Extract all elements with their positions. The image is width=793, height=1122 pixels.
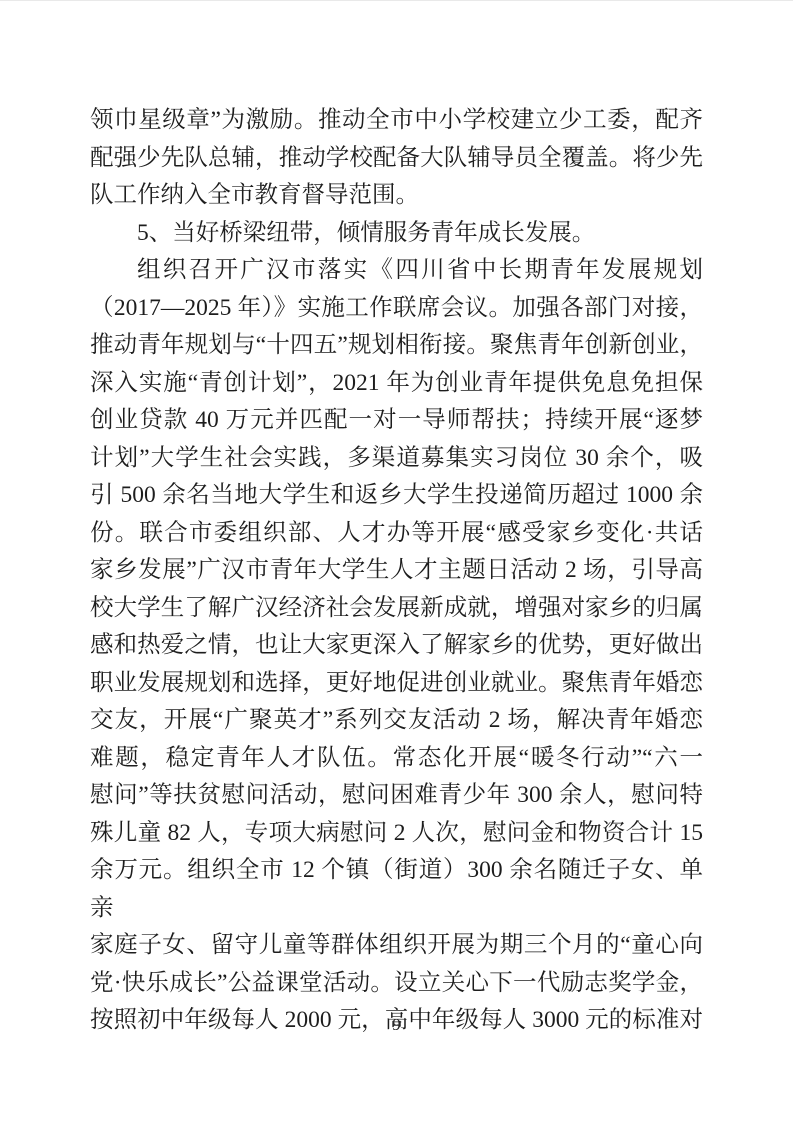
text-line: 校大学生了解广汉经济社会发展新成就，增强对家乡的归属 [90, 590, 703, 628]
text-line: 创业贷款 40 万元并匹配一对一导师帮扶；持续开展“逐梦 [90, 402, 703, 440]
text-line: 家庭子女、留守儿童等群体组织开展为期三个月的“童心向 [90, 927, 703, 965]
scan-edge-line [0, 0, 793, 1]
text-line: 党·快乐成长”公益课堂活动。设立关心下一代励志奖学金， [90, 965, 703, 1003]
text-line: （2017—2025 年）》实施工作联席会议。加强各部门对接， [90, 290, 703, 328]
document-body: 领巾星级章”为激励。推动全市中小学校建立少工委，配齐配强少先队总辅，推动学校配备… [90, 102, 703, 1040]
document-page: 领巾星级章”为激励。推动全市中小学校建立少工委，配齐配强少先队总辅，推动学校配备… [0, 0, 793, 1122]
text-line: 计划”大学生社会实践，多渠道募集实习岗位 30 余个，吸 [90, 440, 703, 478]
text-line: 深入实施“青创计划”，2021 年为创业青年提供免息免担保 [90, 365, 703, 403]
text-line: 推动青年规划与“十四五”规划相衔接。聚焦青年创新创业， [90, 327, 703, 365]
text-line: 余万元。组织全市 12 个镇（街道）300 余名随迁子女、单亲 [90, 852, 703, 927]
text-line: 队工作纳入全市教育督导范围。 [90, 177, 703, 215]
text-line: 殊儿童 82 人，专项大病慰问 2 人次，慰问金和物资合计 15 [90, 815, 703, 853]
text-line: 慰问”等扶贫慰问活动，慰问困难青少年 300 余人，慰问特 [90, 777, 703, 815]
page-number: 9 [0, 1014, 793, 1036]
text-line: 难题，稳定青年人才队伍。常态化开展“暖冬行动”“六一 [90, 740, 703, 778]
text-line: 感和热爱之情，也让大家更深入了解家乡的优势，更好做出 [90, 627, 703, 665]
text-line: 份。联合市委组织部、人才办等开展“感受家乡变化·共话 [90, 515, 703, 553]
text-line: 家乡发展”广汉市青年大学生人才主题日活动 2 场，引导高 [90, 552, 703, 590]
text-line: 职业发展规划和选择，更好地促进创业就业。聚焦青年婚恋 [90, 665, 703, 703]
text-line: 领巾星级章”为激励。推动全市中小学校建立少工委，配齐 [90, 102, 703, 140]
text-line: 组织召开广汉市落实《四川省中长期青年发展规划 [90, 252, 703, 290]
text-line: 引 500 余名当地大学生和返乡大学生投递简历超过 1000 余 [90, 477, 703, 515]
text-line: 5、当好桥梁纽带，倾情服务青年成长发展。 [90, 215, 703, 253]
text-line: 配强少先队总辅，推动学校配备大队辅导员全覆盖。将少先 [90, 140, 703, 178]
text-line: 交友，开展“广聚英才”系列交友活动 2 场，解决青年婚恋 [90, 702, 703, 740]
